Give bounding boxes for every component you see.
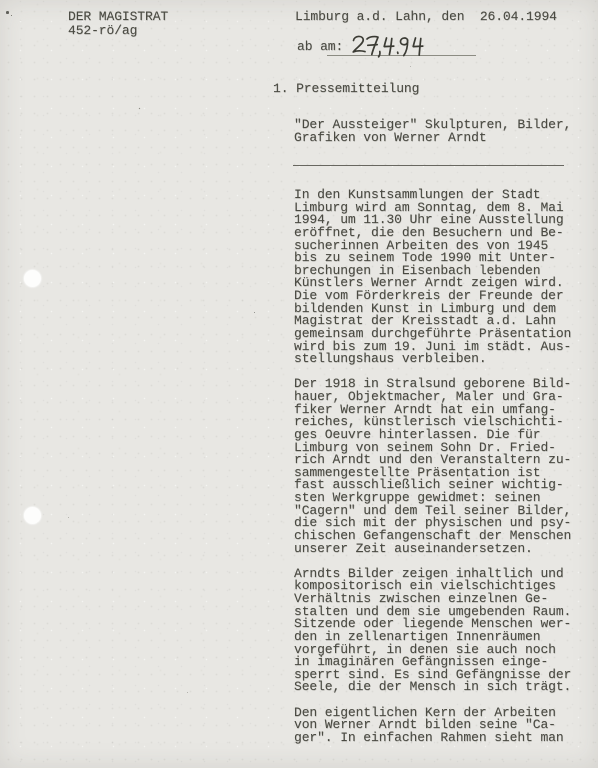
section-heading: 1. Pressemitteilung — [273, 82, 419, 95]
punch-hole-bottom — [24, 507, 41, 524]
body-text: In den Kunstsammlungen der Stadt Limburg… — [294, 189, 571, 745]
document-title: "Der Aussteiger" Skulpturen, Bilder, Gra… — [294, 118, 571, 144]
dateline: Limburg a.d. Lahn, den 26.04.1994 — [295, 10, 557, 24]
title-underline-rule — [293, 165, 564, 167]
punch-hole-top — [24, 270, 41, 287]
sender-block: DER MAGISTRAT 452-rö/ag — [68, 10, 168, 38]
scanned-document-page: DER MAGISTRAT 452-rö/ag Limburg a.d. Lah… — [0, 0, 598, 768]
handwritten-date — [350, 31, 440, 59]
ab-am-label: ab am: — [297, 40, 343, 54]
scan-speck-noise — [6, 11, 9, 14]
